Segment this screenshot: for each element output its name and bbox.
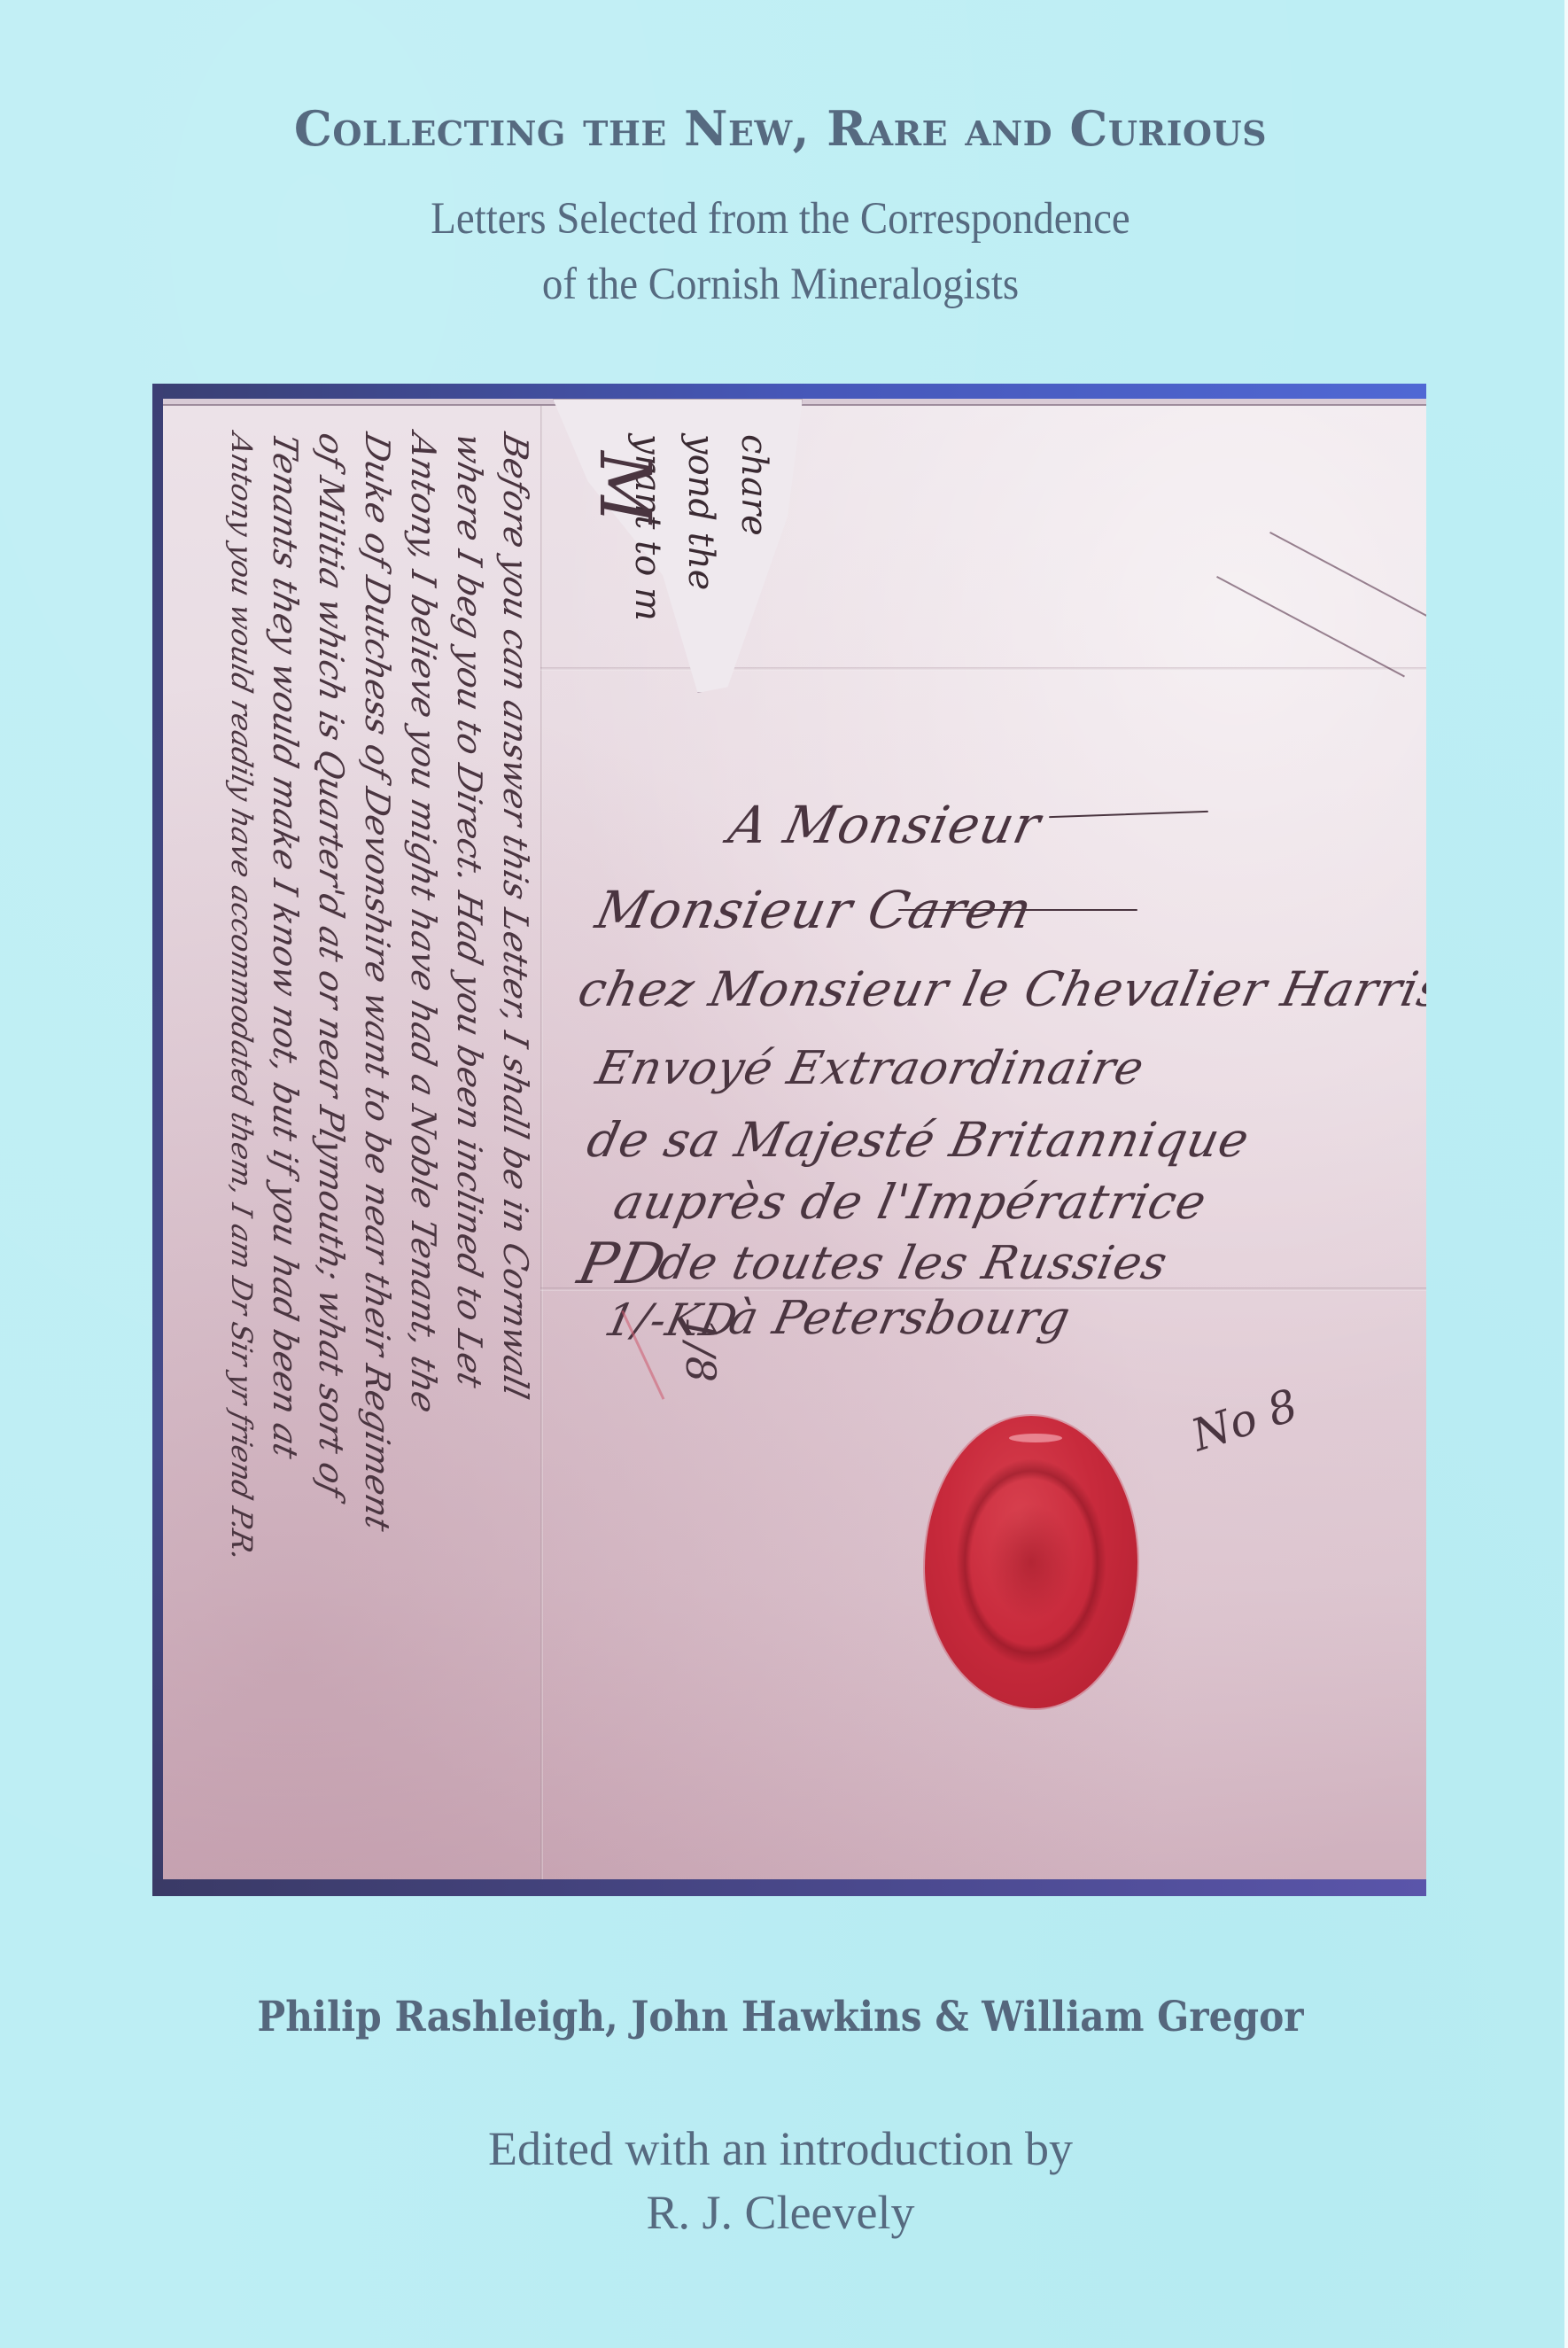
editor-credit-line-1: Edited with an introduction by	[0, 2125, 1561, 2173]
ink-scratch	[1269, 532, 1426, 629]
postscript-line: Antony you would readily have accommodat…	[225, 430, 259, 1565]
postscript-line: of Militia which is Quarter'd at or near…	[312, 430, 351, 1502]
red-wax-seal	[925, 1416, 1137, 1708]
address-line-1: A Monsieur	[725, 799, 1045, 851]
seal-highlight	[1009, 1434, 1062, 1442]
cover-edge	[1564, 0, 1568, 2348]
postscript-line: Antony, I believe you might have had a N…	[404, 430, 443, 1418]
subtitle-line-2: of the Cornish Mineralogists	[62, 262, 1498, 307]
address-line-7: de toutes les Russies	[654, 1240, 1171, 1287]
postscript-line: Duke of Dutchess of Devonshire want to b…	[358, 430, 397, 1536]
sideways-postscript: Before you can answer this Letter, I sha…	[198, 434, 535, 1870]
number-note: No 8	[1186, 1382, 1302, 1458]
photo-frame-left	[152, 384, 163, 1896]
address-line-3: chez Monsieur le Chevalier Harris	[574, 966, 1426, 1014]
authors-line: Philip Rashleigh, John Hawkins & William…	[78, 1996, 1483, 2038]
book-cover: Collecting the New, Rare and Curious Let…	[0, 0, 1564, 2348]
postscript-line: Before you can answer this Letter, I sha…	[496, 430, 535, 1403]
horizontal-fold-upper	[540, 667, 1426, 671]
flourish-stroke	[898, 909, 1137, 911]
postscript-line: where I beg you to Direct. Had you been …	[450, 430, 489, 1392]
postscript-line: Tenants they would make I know not, but …	[266, 430, 305, 1463]
vertical-fold	[540, 406, 543, 1879]
address-line-4: Envoyé Extraordinaire	[592, 1046, 1148, 1092]
tear-line: yond the	[680, 434, 721, 590]
book-title: Collecting the New, Rare and Curious	[0, 105, 1561, 152]
photo-frame-top	[152, 384, 1426, 399]
editor-name: R. J. Cleevely	[0, 2189, 1561, 2236]
address-line-5: de sa Majesté Britannique	[583, 1116, 1254, 1164]
letter-paper: chare yond the yrant to m M Before you c…	[163, 399, 1426, 1879]
letter-photograph: chare yond the yrant to m M Before you c…	[152, 384, 1426, 1896]
fraction-note: 1/8	[680, 1317, 721, 1382]
photo-frame-bottom	[152, 1879, 1426, 1896]
subtitle-line-1: Letters Selected from the Correspondence	[62, 197, 1498, 242]
address-line-6: auprès de l'Impératrice	[609, 1178, 1211, 1226]
ink-scratch	[1216, 576, 1405, 677]
address-line-8: à Petersbourg	[725, 1295, 1074, 1341]
top-mark: M	[589, 451, 660, 524]
flourish-stroke	[1049, 811, 1208, 818]
tear-line: chare	[734, 434, 774, 536]
